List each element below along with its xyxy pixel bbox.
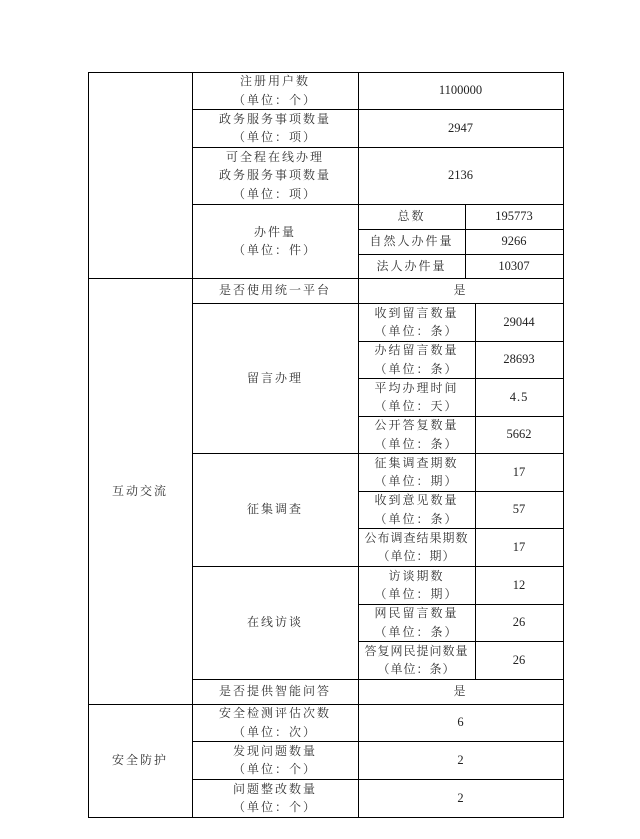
survey-periods-value: 17: [475, 453, 563, 491]
survey-periods-label: 征集调查期数 （单位：期）: [358, 453, 475, 491]
label-line: 发现问题数量: [233, 742, 317, 761]
section-label: 安全防护: [112, 751, 168, 770]
label-line: 可全程在线办理: [226, 148, 324, 167]
registered-users-label: 注册用户数 （单位：个）: [192, 72, 358, 109]
subrow-divider: [358, 604, 564, 606]
unit-line: （单位：次）: [233, 723, 317, 742]
messages-label: 留言办理: [192, 303, 358, 453]
subrow-divider: [358, 229, 564, 231]
unit-line: （单位：条）: [374, 322, 458, 341]
row-divider: [192, 453, 564, 455]
messages-received-value: 29044: [475, 303, 563, 341]
label-line: 政务服务事项数量: [219, 166, 331, 185]
messages-closed-value: 28693: [475, 341, 563, 378]
subrow-divider: [358, 641, 564, 643]
online-service-items-label: 可全程在线办理 政务服务事项数量 （单位：项）: [192, 147, 358, 204]
handled-cases-label: 办件量 （单位：件）: [192, 204, 358, 278]
unit-line: （单位：期）: [374, 585, 458, 604]
netizen-messages-label: 网民留言数量 （单位：条）: [358, 604, 475, 641]
survey-results-label: 公布调查结果期数 （单位：期）: [358, 528, 475, 566]
security-checks-value: 6: [358, 704, 563, 741]
label-line: 办结留言数量: [374, 341, 458, 360]
row-divider: [192, 303, 564, 305]
label-line: 安全检测评估次数: [219, 704, 331, 723]
security-checks-label: 安全检测评估次数 （单位：次）: [192, 704, 358, 741]
issues-found-label: 发现问题数量 （单位：个）: [192, 741, 358, 779]
label-line: 公布调查结果期数: [364, 529, 468, 548]
row-divider: [192, 566, 564, 568]
row-divider: [192, 147, 564, 149]
section-divider: [88, 278, 564, 280]
avg-handling-time-label: 平均办理时间 （单位：天）: [358, 378, 475, 416]
smart-qa-label: 是否提供智能问答: [192, 679, 358, 704]
table-border-bottom: [88, 817, 564, 819]
subrow-divider: [358, 528, 564, 530]
unit-line: （单位：条）: [377, 660, 455, 679]
label-line: 问题整改数量: [233, 780, 317, 799]
opinions-received-value: 57: [475, 491, 563, 528]
section-label: 互动交流: [112, 482, 168, 501]
subrow-divider: [358, 378, 564, 380]
label-line: 平均办理时间: [374, 379, 458, 398]
unified-platform-label: 是否使用统一平台: [192, 278, 358, 303]
netizen-replies-label: 答复网民提问数量 （单位：条）: [358, 641, 475, 679]
unit-line: （单位：期）: [374, 472, 458, 491]
public-replies-label: 公开答复数量 （单位：条）: [358, 416, 475, 453]
table-border-left: [88, 72, 90, 817]
issues-fixed-value: 2: [358, 779, 563, 817]
col-divider-1: [192, 72, 194, 817]
subrow-divider: [358, 254, 564, 256]
issues-fixed-label: 问题整改数量 （单位：个）: [192, 779, 358, 817]
label-line: 答复网民提问数量: [364, 642, 468, 661]
row-divider: [192, 204, 564, 206]
handled-legal-person-value: 10307: [465, 254, 563, 278]
section-divider: [88, 704, 564, 706]
label-line: 办件量: [254, 223, 296, 242]
subrow-divider: [358, 491, 564, 493]
handled-total-value: 195773: [465, 204, 563, 229]
label-line: 注册用户数: [240, 72, 310, 91]
smart-qa-value: 是: [358, 679, 563, 704]
registered-users-value: 1100000: [358, 72, 563, 109]
unit-line: （单位：个）: [233, 798, 317, 817]
netizen-messages-value: 26: [475, 604, 563, 641]
survey-results-value: 17: [475, 528, 563, 566]
subrow-divider: [358, 416, 564, 418]
subrow-divider: [358, 341, 564, 343]
section-interaction-label: 互动交流: [88, 278, 192, 704]
label-line: 公开答复数量: [374, 416, 458, 435]
handled-natural-person-value: 9266: [465, 229, 563, 254]
unit-line: （单位：项）: [233, 128, 317, 147]
label-line: 收到留言数量: [374, 304, 458, 323]
table-border-top: [88, 72, 564, 74]
unit-line: （单位：条）: [374, 360, 458, 379]
opinions-received-label: 收到意见数量 （单位：条）: [358, 491, 475, 528]
unit-line: （单位：天）: [374, 397, 458, 416]
messages-closed-label: 办结留言数量 （单位：条）: [358, 341, 475, 378]
table-border-right: [563, 72, 565, 817]
unit-line: （单位：项）: [233, 185, 317, 204]
interview-periods-value: 12: [475, 566, 563, 604]
unit-line: （单位：条）: [374, 435, 458, 454]
interview-periods-label: 访谈期数 （单位：期）: [358, 566, 475, 604]
handled-natural-person-label: 自然人办件量: [358, 229, 465, 254]
label-line: 政务服务事项数量: [219, 110, 331, 129]
row-divider: [192, 779, 564, 781]
section-security-label: 安全防护: [88, 704, 192, 817]
unit-line: （单位：个）: [233, 760, 317, 779]
messages-received-label: 收到留言数量 （单位：条）: [358, 303, 475, 341]
label-line: 征集调查期数: [374, 454, 458, 473]
col-divider-3a: [465, 204, 467, 278]
handled-legal-person-label: 法人办件量: [358, 254, 465, 278]
row-divider: [192, 679, 564, 681]
col-divider-2: [358, 72, 360, 817]
interview-label: 在线访谈: [192, 566, 358, 679]
unit-line: （单位：条）: [374, 510, 458, 529]
handled-total-label: 总数: [358, 204, 465, 229]
service-items-label: 政务服务事项数量 （单位：项）: [192, 109, 358, 147]
label-line: 网民留言数量: [374, 604, 458, 623]
label-line: 收到意见数量: [374, 491, 458, 510]
issues-found-value: 2: [358, 741, 563, 779]
service-items-value: 2947: [358, 109, 563, 147]
row-divider: [192, 741, 564, 743]
unified-platform-value: 是: [358, 278, 563, 303]
unit-line: （单位：期）: [377, 547, 455, 566]
survey-label: 征集调查: [192, 453, 358, 566]
section-service-label: [88, 72, 192, 278]
unit-line: （单位：件）: [233, 241, 317, 260]
label-line: 访谈期数: [388, 567, 444, 586]
public-replies-value: 5662: [475, 416, 563, 453]
unit-line: （单位：条）: [374, 623, 458, 642]
online-service-items-value: 2136: [358, 147, 563, 204]
avg-handling-time-value: 4.5: [475, 378, 563, 416]
unit-line: （单位：个）: [233, 91, 317, 110]
row-divider: [192, 109, 564, 111]
netizen-replies-value: 26: [475, 641, 563, 679]
